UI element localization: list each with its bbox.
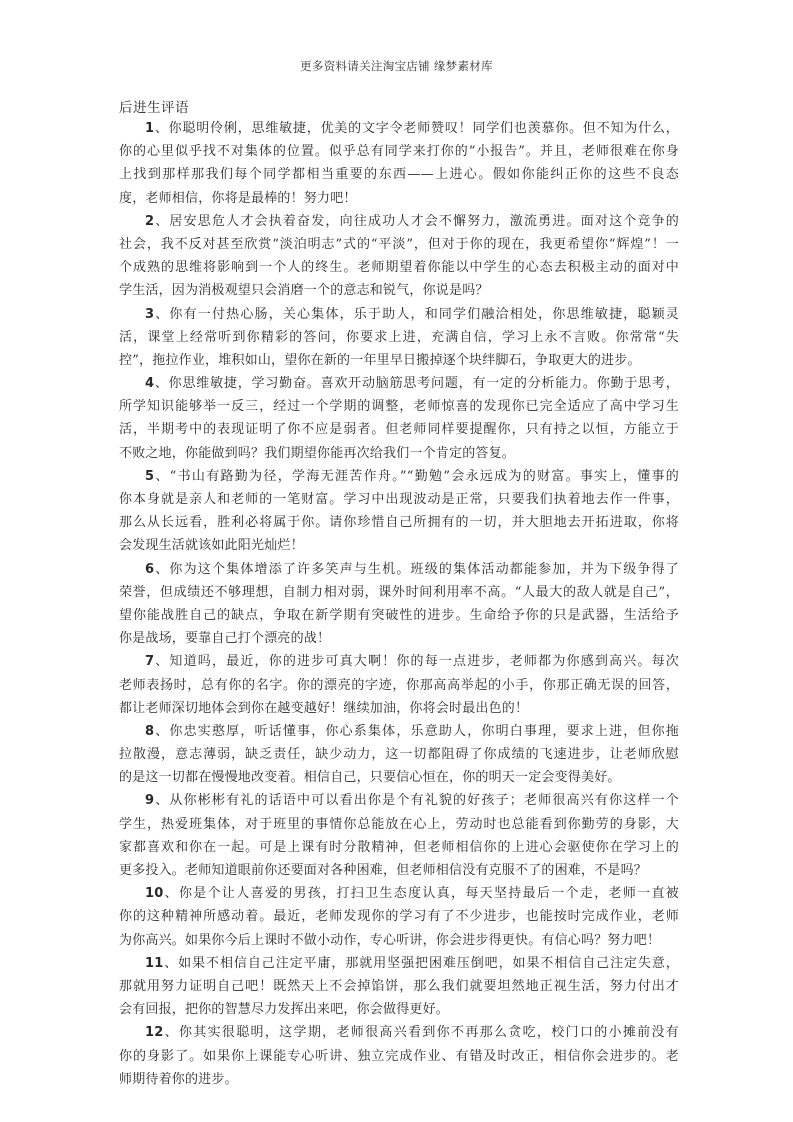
paragraph-line: 的是这一切都在慢慢地改变着。相信自己，只要信心恒在，你的明天一定会变得美好。	[119, 766, 679, 789]
paragraph-line: 活，课堂上经常听到你精彩的答问，你要求上进，充满自信，学习上永不言败。你常常“失	[119, 326, 679, 349]
paragraph-text: 你的心里似乎找不对集体的位置。似乎总有同学来打你的“小报告”。并且，老师很难在你…	[119, 144, 679, 159]
paragraph-text: 你是战场，要靠自己打个漂亮的战！	[119, 631, 330, 646]
comment-paragraph: 3、你有一付热心肠，关心集体，乐于助人，和同学们融洽相处，你思维敏捷，聪颖灵活，…	[119, 303, 679, 373]
paragraph-text: 上找到那样那我们每个同学都相当重要的东西——上进心。假如你能纠正你的这些不良态	[119, 167, 679, 182]
paragraph-line: 2、居安思危人才会执着奋发，向往成功人才会不懈努力，激流勇进。面对这个竞争的	[119, 210, 679, 233]
paragraph-line: 6、你为这个集体增添了许多笑声与生机。班级的集体活动都能参加，并为下级争得了	[119, 558, 679, 581]
paragraph-text: 、从你彬彬有礼的话语中可以看出你是个有礼貌的好孩子；老师很高兴有你这样一个	[154, 793, 679, 808]
paragraph-line: 为你高兴。如果你今后上课时不做小动作，专心听讲，你会进步得更快。有信心吗？努力吧…	[119, 929, 679, 952]
paragraph-text: 会发现生活就该如此阳光灿烂！	[119, 538, 304, 553]
paragraph-text: 、你思维敏捷，学习勤奋。喜欢开动脑筋思考问题，有一定的分析能力。你勤于思考，	[154, 376, 679, 391]
paragraph-line: 10、你是个让人喜爱的男孩，打扫卫生态度认真，每天坚持最后一个走，老师一直被	[119, 882, 679, 905]
paragraph-line: 11、如果不相信自己注定平庸，那就用坚强把困难压倒吧，如果不相信自己注定失意，	[119, 952, 679, 975]
paragraph-text: 、你有一付热心肠，关心集体，乐于助人，和同学们融洽相处，你思维敏捷，聪颖灵	[154, 307, 679, 322]
paragraph-text: 都让老师深切地体会到你在越变越好！继续加油，你将会时最出色的！	[119, 701, 528, 716]
paragraph-line: 会有回报，把你的智慧尽力发挥出来吧，你会做得更好。	[119, 998, 679, 1021]
paragraph-line: 不败之地，你能做到吗？我们期望你能再次给我们一个肯定的答复。	[119, 442, 679, 465]
paragraph-text: 、你为这个集体增添了许多笑声与生机。班级的集体活动都能参加，并为下级争得了	[154, 562, 679, 577]
comment-paragraph: 9、从你彬彬有礼的话语中可以看出你是个有礼貌的好孩子；老师很高兴有你这样一个学生…	[119, 789, 679, 882]
paragraph-text: 拉散漫，意志薄弱，缺乏责任，缺少动力，这一切都阻碍了你成绩的飞速进步，让老师欣慰	[119, 747, 679, 762]
paragraph-text: 会有回报，把你的智慧尽力发挥出来吧，你会做得更好。	[119, 1002, 449, 1017]
paragraph-text: 、你忠实憨厚，听话懂事，你心系集体，乐意助人，你明白事理，要求上进，但你拖	[154, 724, 679, 739]
paragraph-line: 拉散漫，意志薄弱，缺乏责任，缺少动力，这一切都阻碍了你成绩的飞速进步，让老师欣慰	[119, 743, 679, 766]
paragraph-text: 度，老师相信，你将是最棒的！努力吧！	[119, 191, 357, 206]
paragraph-line: 1、你聪明伶俐，思维敏捷，优美的文字令老师赞叹！同学们也羡慕你。但不知为什么，	[119, 117, 679, 140]
paragraph-text: 为你高兴。如果你今后上课时不做小动作，专心听讲，你会进步得更快。有信心吗？努力吧…	[119, 933, 660, 948]
paragraph-number: 10	[145, 886, 164, 901]
paragraph-text: 、“书山有路勤为径，学海无涯苦作舟。”“勤勉”会永远成为的财富。事实上，懂事的	[154, 469, 679, 484]
paragraph-line: 会发现生活就该如此阳光灿烂！	[119, 534, 679, 557]
paragraph-number: 3	[145, 307, 154, 322]
paragraph-line: 5、“书山有路勤为径，学海无涯苦作舟。”“勤勉”会永远成为的财富。事实上，懂事的	[119, 465, 679, 488]
comment-paragraph: 2、居安思危人才会执着奋发，向往成功人才会不懈努力，激流勇进。面对这个竞争的社会…	[119, 210, 679, 303]
comment-paragraph: 8、你忠实憨厚，听话懂事，你心系集体，乐意助人，你明白事理，要求上进，但你拖拉散…	[119, 720, 679, 790]
comment-paragraph: 10、你是个让人喜爱的男孩，打扫卫生态度认真，每天坚持最后一个走，老师一直被你的…	[119, 882, 679, 952]
paragraph-text: 控”，拖拉作业，堆积如山，望你在新的一年里早日搬掉逐个块绊脚石，争取更大的进步。	[119, 353, 641, 368]
paragraph-number: 11	[145, 956, 164, 971]
paragraph-text: 活，课堂上经常听到你精彩的答问，你要求上进，充满自信，学习上永不言败。你常常“失	[119, 330, 679, 345]
paragraph-line: 9、从你彬彬有礼的话语中可以看出你是个有礼貌的好孩子；老师很高兴有你这样一个	[119, 789, 679, 812]
paragraph-text: 你的身影了。如果你上课能专心听讲、独立完成作业、有错及时改正，相信你会进步的。老	[119, 1049, 679, 1064]
paragraph-text: 、你其实很聪明，这学期，老师很高兴看到你不再那么贪吃，校门口的小摊前没有	[164, 1025, 680, 1040]
paragraph-number: 8	[145, 724, 154, 739]
paragraph-number: 5	[145, 469, 154, 484]
comment-paragraph: 11、如果不相信自己注定平庸，那就用坚强把困难压倒吧，如果不相信自己注定失意，那…	[119, 952, 679, 1022]
paragraph-text: 、你聪明伶俐，思维敏捷，优美的文字令老师赞叹！同学们也羡慕你。但不知为什么，	[154, 121, 679, 136]
paragraph-line: 你本身就是亲人和老师的一笔财富。学习中出现波动是正常，只要我们执着地去作一件事，	[119, 488, 679, 511]
paragraph-line: 你的心里似乎找不对集体的位置。似乎总有同学来打你的“小报告”。并且，老师很难在你…	[119, 140, 679, 163]
paragraph-line: 12、你其实很聪明，这学期，老师很高兴看到你不再那么贪吃，校门口的小摊前没有	[119, 1021, 679, 1044]
paragraph-line: 个成熟的思维将影响到一个人的终生。老师期望着你能以中学生的心态去积极主动的面对中	[119, 256, 679, 279]
paragraph-line: 社会，我不反对甚至欣赏“淡泊明志”式的“平淡”，但对于你的现在，我更希望你“辉煌…	[119, 233, 679, 256]
paragraph-number: 2	[145, 214, 154, 229]
paragraph-text: 活，半期考中的表现证明了你不应是弱者。但老师同样要提醒你，只有持之以恒，方能立于	[119, 422, 679, 437]
paragraph-line: 控”，拖拉作业，堆积如山，望你在新的一年里早日搬掉逐个块绊脚石，争取更大的进步。	[119, 349, 679, 372]
paragraph-text: 那就用努力证明自己吧！既然天上不会掉馅饼，那么我们就要坦然地正视生活，努力付出才	[119, 979, 679, 994]
paragraph-text: 、你是个让人喜爱的男孩，打扫卫生态度认真，每天坚持最后一个走，老师一直被	[164, 886, 680, 901]
paragraph-line: 望你能战胜自己的缺点，争取在新学期有突破性的进步。生命给予你的只是武器，生活给予	[119, 604, 679, 627]
comment-paragraph: 1、你聪明伶俐，思维敏捷，优美的文字令老师赞叹！同学们也羡慕你。但不知为什么，你…	[119, 117, 679, 210]
paragraph-number: 1	[145, 121, 154, 136]
paragraph-text: 个成熟的思维将影响到一个人的终生。老师期望着你能以中学生的心态去积极主动的面对中	[119, 260, 679, 275]
paragraph-text: 你的这种精神所感动着。最近，老师发现你的学习有了不少进步，也能按时完成作业，老师	[119, 909, 679, 924]
paragraph-line: 8、你忠实憨厚，听话懂事，你心系集体，乐意助人，你明白事理，要求上进，但你拖	[119, 720, 679, 743]
paragraph-line: 都让老师深切地体会到你在越变越好！继续加油，你将会时最出色的！	[119, 697, 679, 720]
paragraph-text: 那么从长远看，胜利必将属于你。请你珍惜自己所拥有的一切，并大胆地去开拓进取，你将	[119, 515, 679, 530]
paragraph-text: 你本身就是亲人和老师的一笔财富。学习中出现波动是正常，只要我们执着地去作一件事，	[119, 492, 679, 507]
paragraph-text: 、居安思危人才会执着奋发，向往成功人才会不懈努力，激流勇进。面对这个竞争的	[154, 214, 679, 229]
paragraph-number: 7	[145, 654, 154, 669]
paragraph-text: 师期待着你的进步。	[119, 1072, 238, 1087]
document-title: 后进生评语	[119, 96, 189, 116]
paragraph-text: 望你能战胜自己的缺点，争取在新学期有突破性的进步。生命给予你的只是武器，生活给予	[119, 608, 679, 623]
paragraph-line: 那么从长远看，胜利必将属于你。请你珍惜自己所拥有的一切，并大胆地去开拓进取，你将	[119, 511, 679, 534]
paragraph-line: 家都喜欢和你在一起。可是上课有时分散精神，但老师相信你的上进心会驱使你在学习上的	[119, 836, 679, 859]
paragraph-line: 学生活，因为消极观望只会消磨一个的意志和锐气，你说是吗？	[119, 279, 679, 302]
paragraph-line: 那就用努力证明自己吧！既然天上不会掉馅饼，那么我们就要坦然地正视生活，努力付出才	[119, 975, 679, 998]
document-body: 1、你聪明伶俐，思维敏捷，优美的文字令老师赞叹！同学们也羡慕你。但不知为什么，你…	[119, 117, 679, 1091]
comment-paragraph: 12、你其实很聪明，这学期，老师很高兴看到你不再那么贪吃，校门口的小摊前没有你的…	[119, 1021, 679, 1091]
paragraph-number: 9	[145, 793, 154, 808]
paragraph-line: 你的这种精神所感动着。最近，老师发现你的学习有了不少进步，也能按时完成作业，老师	[119, 905, 679, 928]
paragraph-line: 荣誉，但成绩还不够理想，自制力相对弱，课外时间利用率不高。“人最大的敌人就是自己…	[119, 581, 679, 604]
paragraph-text: 社会，我不反对甚至欣赏“淡泊明志”式的“平淡”，但对于你的现在，我更希望你“辉煌…	[119, 237, 679, 252]
paragraph-line: 学生，热爱班集体，对于班里的事情你总能放在心上，劳动时也总能看到你勤劳的身影，大	[119, 813, 679, 836]
paragraph-text: 学生活，因为消极观望只会消磨一个的意志和锐气，你说是吗？	[119, 283, 489, 298]
paragraph-text: 更多投入。老师知道眼前你还要面对各种困难，但老师相信没有克服不了的困难，不是吗？	[119, 863, 647, 878]
paragraph-text: 、知道吗，最近，你的进步可真大啊！你的每一点进步，老师都为你感到高兴。每次	[154, 654, 679, 669]
paragraph-number: 6	[145, 562, 154, 577]
paragraph-line: 更多投入。老师知道眼前你还要面对各种困难，但老师相信没有克服不了的困难，不是吗？	[119, 859, 679, 882]
comment-paragraph: 4、你思维敏捷，学习勤奋。喜欢开动脑筋思考问题，有一定的分析能力。你勤于思考，所…	[119, 372, 679, 465]
paragraph-text: 不败之地，你能做到吗？我们期望你能再次给我们一个肯定的答复。	[119, 446, 515, 461]
paragraph-line: 4、你思维敏捷，学习勤奋。喜欢开动脑筋思考问题，有一定的分析能力。你勤于思考，	[119, 372, 679, 395]
paragraph-line: 老师表扬时，总有你的名字。你的漂亮的字迹，你那高高举起的小手，你那正确无误的回答…	[119, 674, 679, 697]
paragraph-text: 所学知识能够举一反三，经过一个学期的调整，老师惊喜的发现你已完全适应了高中学习生	[119, 399, 679, 414]
paragraph-line: 7、知道吗，最近，你的进步可真大啊！你的每一点进步，老师都为你感到高兴。每次	[119, 650, 679, 673]
paragraph-line: 师期待着你的进步。	[119, 1068, 679, 1091]
paragraph-number: 12	[145, 1025, 164, 1040]
paragraph-line: 度，老师相信，你将是最棒的！努力吧！	[119, 187, 679, 210]
comment-paragraph: 5、“书山有路勤为径，学海无涯苦作舟。”“勤勉”会永远成为的财富。事实上，懂事的…	[119, 465, 679, 558]
paragraph-line: 上找到那样那我们每个同学都相当重要的东西——上进心。假如你能纠正你的这些不良态	[119, 163, 679, 186]
comment-paragraph: 7、知道吗，最近，你的进步可真大啊！你的每一点进步，老师都为你感到高兴。每次老师…	[119, 650, 679, 720]
paragraph-text: 老师表扬时，总有你的名字。你的漂亮的字迹，你那高高举起的小手，你那正确无误的回答…	[119, 678, 679, 693]
paragraph-line: 活，半期考中的表现证明了你不应是弱者。但老师同样要提醒你，只有持之以恒，方能立于	[119, 418, 679, 441]
paragraph-number: 4	[145, 376, 154, 391]
paragraph-line: 你是战场，要靠自己打个漂亮的战！	[119, 627, 679, 650]
paragraph-line: 3、你有一付热心肠，关心集体，乐于助人，和同学们融洽相处，你思维敏捷，聪颖灵	[119, 303, 679, 326]
paragraph-text: 荣誉，但成绩还不够理想，自制力相对弱，课外时间利用率不高。“人最大的敌人就是自己…	[119, 585, 679, 600]
paragraph-text: 、如果不相信自己注定平庸，那就用坚强把困难压倒吧，如果不相信自己注定失意，	[164, 956, 680, 971]
comment-paragraph: 6、你为这个集体增添了许多笑声与生机。班级的集体活动都能参加，并为下级争得了荣誉…	[119, 558, 679, 651]
paragraph-line: 你的身影了。如果你上课能专心听讲、独立完成作业、有错及时改正，相信你会进步的。老	[119, 1045, 679, 1068]
paragraph-text: 的是这一切都在慢慢地改变着。相信自己，只要信心恒在，你的明天一定会变得美好。	[119, 770, 621, 785]
paragraph-line: 所学知识能够举一反三，经过一个学期的调整，老师惊喜的发现你已完全适应了高中学习生	[119, 395, 679, 418]
paragraph-text: 学生，热爱班集体，对于班里的事情你总能放在心上，劳动时也总能看到你勤劳的身影，大	[119, 817, 679, 832]
paragraph-text: 家都喜欢和你在一起。可是上课有时分散精神，但老师相信你的上进心会驱使你在学习上的	[119, 840, 679, 855]
page-header-note: 更多资料请关注淘宝店铺 缘梦素材库	[0, 58, 793, 74]
